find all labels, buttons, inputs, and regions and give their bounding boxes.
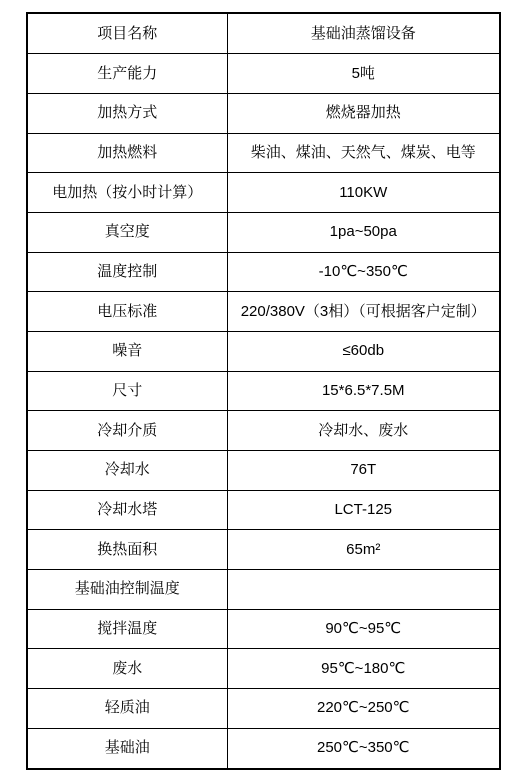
spec-value-cell: 76T xyxy=(227,450,500,490)
spec-value-cell: 65m² xyxy=(227,530,500,570)
spec-value-cell: ≤60db xyxy=(227,331,500,371)
spec-row: 冷却水 76T xyxy=(27,450,500,490)
spec-table: 项目名称 基础油蒸馏设备 生产能力 5吨 加热方式 燃烧器加热 加热燃料 柴油、… xyxy=(26,12,501,770)
spec-label-cell: 基础油控制温度 xyxy=(27,569,227,609)
spec-label-cell: 加热燃料 xyxy=(27,133,227,173)
spec-label-cell: 轻质油 xyxy=(27,688,227,728)
spec-row: 基础油 250℃~350℃ xyxy=(27,728,500,769)
spec-label-cell: 废水 xyxy=(27,649,227,689)
spec-row: 项目名称 基础油蒸馏设备 xyxy=(27,13,500,54)
spec-row: 温度控制 -10℃~350℃ xyxy=(27,252,500,292)
spec-value-cell: 5吨 xyxy=(227,54,500,94)
spec-label-cell: 电加热（按小时计算） xyxy=(27,173,227,213)
spec-row: 基础油控制温度 xyxy=(27,569,500,609)
spec-row: 尺寸 15*6.5*7.5M xyxy=(27,371,500,411)
spec-value-cell: 110KW xyxy=(227,173,500,213)
spec-row: 换热面积 65m² xyxy=(27,530,500,570)
spec-row: 冷却水塔 LCT-125 xyxy=(27,490,500,530)
spec-value-cell: 冷却水、废水 xyxy=(227,411,500,451)
page: { "colors": { "background": "#ffffff", "… xyxy=(0,0,522,782)
spec-label-cell: 项目名称 xyxy=(27,13,227,54)
spec-label-cell: 温度控制 xyxy=(27,252,227,292)
spec-label-cell: 冷却介质 xyxy=(27,411,227,451)
spec-value-cell: 燃烧器加热 xyxy=(227,93,500,133)
spec-label-cell: 冷却水塔 xyxy=(27,490,227,530)
spec-label-cell: 冷却水 xyxy=(27,450,227,490)
spec-value-cell: 220℃~250℃ xyxy=(227,688,500,728)
spec-label-cell: 噪音 xyxy=(27,331,227,371)
spec-row: 轻质油 220℃~250℃ xyxy=(27,688,500,728)
spec-row: 电加热（按小时计算） 110KW xyxy=(27,173,500,213)
spec-value-cell: 220/380V（3相）（可根据客户定制） xyxy=(227,292,500,332)
spec-label-cell: 生产能力 xyxy=(27,54,227,94)
spec-label-cell: 真空度 xyxy=(27,212,227,252)
spec-row: 真空度 1pa~50pa xyxy=(27,212,500,252)
spec-row: 冷却介质 冷却水、废水 xyxy=(27,411,500,451)
spec-label-cell: 电压标准 xyxy=(27,292,227,332)
spec-label-cell: 基础油 xyxy=(27,728,227,769)
spec-label-cell: 加热方式 xyxy=(27,93,227,133)
spec-value-cell: 250℃~350℃ xyxy=(227,728,500,769)
spec-label-cell: 尺寸 xyxy=(27,371,227,411)
spec-value-cell: 15*6.5*7.5M xyxy=(227,371,500,411)
spec-row: 搅拌温度 90℃~95℃ xyxy=(27,609,500,649)
spec-value-cell: 基础油蒸馏设备 xyxy=(227,13,500,54)
spec-row: 加热方式 燃烧器加热 xyxy=(27,93,500,133)
spec-row: 废水 95℃~180℃ xyxy=(27,649,500,689)
spec-value-cell: 95℃~180℃ xyxy=(227,649,500,689)
spec-value-cell: 柴油、煤油、天然气、煤炭、电等 xyxy=(227,133,500,173)
spec-value-cell: LCT-125 xyxy=(227,490,500,530)
spec-row: 生产能力 5吨 xyxy=(27,54,500,94)
spec-value-cell: -10℃~350℃ xyxy=(227,252,500,292)
spec-value-cell: 1pa~50pa xyxy=(227,212,500,252)
spec-value-cell xyxy=(227,569,500,609)
spec-label-cell: 搅拌温度 xyxy=(27,609,227,649)
spec-row: 噪音 ≤60db xyxy=(27,331,500,371)
spec-row: 加热燃料 柴油、煤油、天然气、煤炭、电等 xyxy=(27,133,500,173)
spec-value-cell: 90℃~95℃ xyxy=(227,609,500,649)
spec-row: 电压标准 220/380V（3相）（可根据客户定制） xyxy=(27,292,500,332)
spec-label-cell: 换热面积 xyxy=(27,530,227,570)
